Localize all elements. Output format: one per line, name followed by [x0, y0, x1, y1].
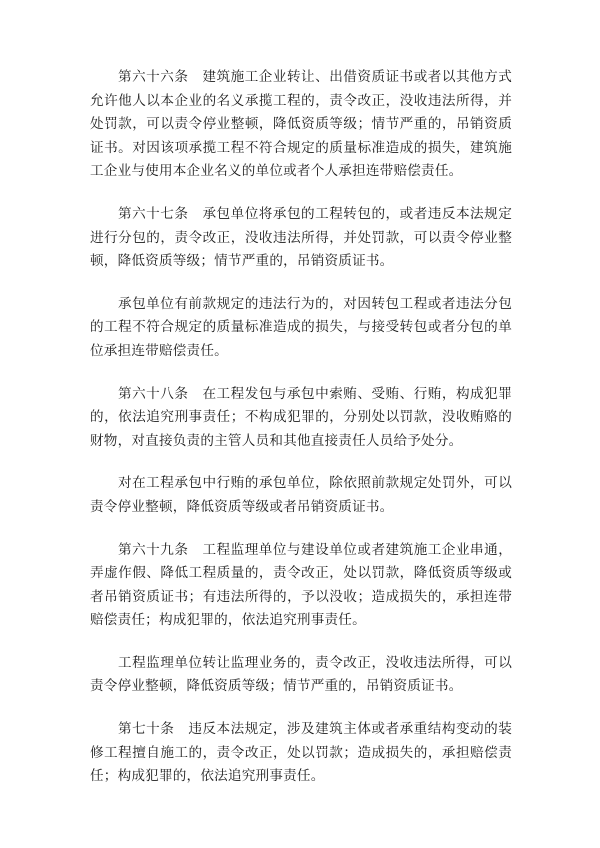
article-number: 第七十条 [118, 721, 174, 737]
article-text: 工程监理单位转让监理业务的，责令改正，没收违法所得，可以责令停业整顿，降低资质等… [90, 655, 512, 695]
article-text: 承包单位有前款规定的违法行为的，对因转包工程或者违法分包的工程不符合规定的质量标… [90, 296, 512, 359]
article-number: 第六十七条 [118, 206, 188, 222]
article-number: 第六十八条 [118, 386, 188, 402]
article-text: 建筑施工企业转让、出借资质证书或者以其他方式允许他人以本企业的名义承揽工程的，责… [90, 69, 512, 179]
paragraph-article-69: 第六十九条工程监理单位与建设单位或者建筑施工企业串通，弄虚作假、降低工程质量的，… [90, 539, 512, 633]
paragraph-article-70: 第七十条违反本法规定，涉及建筑主体或者承重结构变动的装修工程擅自施工的，责令改正… [90, 718, 512, 789]
paragraph-article-67-clause-2: 承包单位有前款规定的违法行为的，对因转包工程或者违法分包的工程不符合规定的质量标… [90, 293, 512, 364]
document-page: 第六十六条建筑施工企业转让、出借资质证书或者以其他方式允许他人以本企业的名义承揽… [90, 66, 512, 808]
paragraph-article-69-clause-2: 工程监理单位转让监理业务的，责令改正，没收违法所得，可以责令停业整顿，降低资质等… [90, 652, 512, 699]
paragraph-article-67: 第六十七条承包单位将承包的工程转包的，或者违反本法规定进行分包的，责令改正，没收… [90, 203, 512, 274]
article-number: 第六十六条 [118, 69, 188, 85]
article-text: 对在工程承包中行贿的承包单位，除依照前款规定处罚外，可以责令停业整顿，降低资质等… [90, 475, 512, 515]
article-number: 第六十九条 [118, 542, 188, 558]
paragraph-article-66: 第六十六条建筑施工企业转让、出借资质证书或者以其他方式允许他人以本企业的名义承揽… [90, 66, 512, 184]
paragraph-article-68: 第六十八条在工程发包与承包中索贿、受贿、行贿，构成犯罪的，依法追究刑事责任；不构… [90, 383, 512, 454]
paragraph-article-68-clause-2: 对在工程承包中行贿的承包单位，除依照前款规定处罚外，可以责令停业整顿，降低资质等… [90, 472, 512, 519]
